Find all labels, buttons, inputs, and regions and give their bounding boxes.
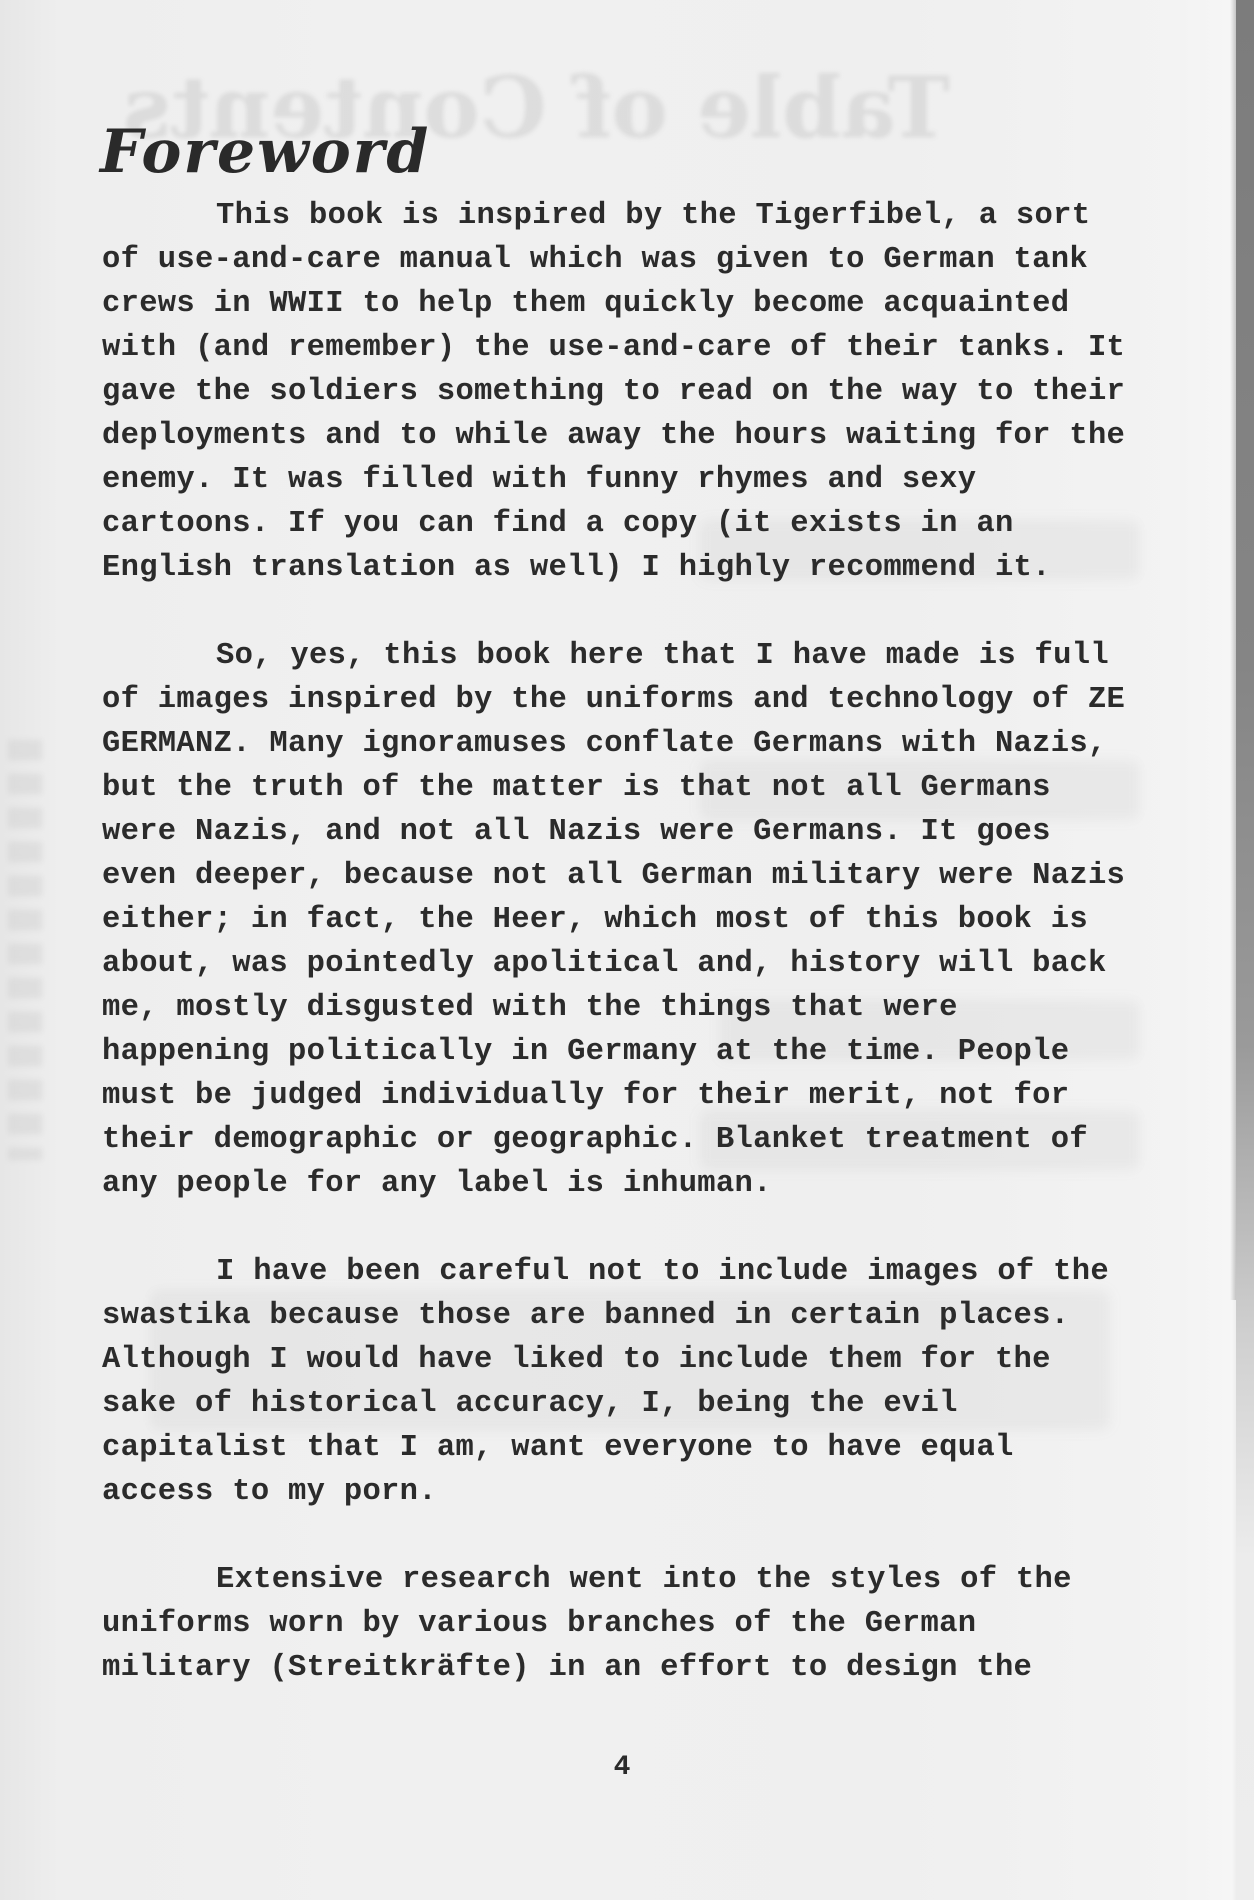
text-line: So, yes, this book here that I have made… — [102, 634, 1202, 678]
paragraph: Extensive research went into the styles … — [102, 1558, 1202, 1690]
text-line: were Nazis, and not all Nazis were Germa… — [102, 810, 1202, 854]
book-page: Table of Contents Foreword This book is … — [0, 0, 1254, 1900]
text-line: Extensive research went into the styles … — [102, 1558, 1202, 1602]
text-line: but the truth of the matter is that not … — [102, 766, 1202, 810]
text-line: Although I would have liked to include t… — [102, 1338, 1202, 1382]
text-line: I have been careful not to include image… — [102, 1250, 1202, 1294]
page-title: Foreword — [100, 122, 430, 182]
text-line: uniforms worn by various branches of the… — [102, 1602, 1202, 1646]
text-line: their demographic or geographic. Blanket… — [102, 1118, 1202, 1162]
text-line: military (Streitkräfte) in an effort to … — [102, 1646, 1202, 1690]
foreword-body: This book is inspired by the Tigerfibel,… — [102, 194, 1202, 1734]
text-line: cartoons. If you can find a copy (it exi… — [102, 502, 1202, 546]
paragraph: So, yes, this book here that I have made… — [102, 634, 1202, 1206]
text-line: even deeper, because not all German mili… — [102, 854, 1202, 898]
text-line: about, was pointedly apolitical and, his… — [102, 942, 1202, 986]
page-fold-shadow — [1236, 0, 1254, 1900]
text-line: This book is inspired by the Tigerfibel,… — [102, 194, 1202, 238]
text-line: English translation as well) I highly re… — [102, 546, 1202, 590]
text-line: of use-and-care manual which was given t… — [102, 238, 1202, 282]
text-line: any people for any label is inhuman. — [102, 1162, 1202, 1206]
text-line: with (and remember) the use-and-care of … — [102, 326, 1202, 370]
text-line: enemy. It was filled with funny rhymes a… — [102, 458, 1202, 502]
text-line: of images inspired by the uniforms and t… — [102, 678, 1202, 722]
page-number: 4 — [0, 1752, 1254, 1783]
text-line: deployments and to while away the hours … — [102, 414, 1202, 458]
text-line: GERMANZ. Many ignoramuses conflate Germa… — [102, 722, 1202, 766]
text-line: gave the soldiers something to read on t… — [102, 370, 1202, 414]
text-line: sake of historical accuracy, I, being th… — [102, 1382, 1202, 1426]
margin-bleed-marks — [8, 740, 42, 1160]
paragraph: This book is inspired by the Tigerfibel,… — [102, 194, 1202, 590]
text-line: capitalist that I am, want everyone to h… — [102, 1426, 1202, 1470]
text-line: swastika because those are banned in cer… — [102, 1294, 1202, 1338]
text-line: either; in fact, the Heer, which most of… — [102, 898, 1202, 942]
paragraph: I have been careful not to include image… — [102, 1250, 1202, 1514]
text-line: happening politically in Germany at the … — [102, 1030, 1202, 1074]
text-line: must be judged individually for their me… — [102, 1074, 1202, 1118]
text-line: me, mostly disgusted with the things tha… — [102, 986, 1202, 1030]
text-line: crews in WWII to help them quickly becom… — [102, 282, 1202, 326]
text-line: access to my porn. — [102, 1470, 1202, 1514]
page-number-value: 4 — [614, 1752, 631, 1783]
